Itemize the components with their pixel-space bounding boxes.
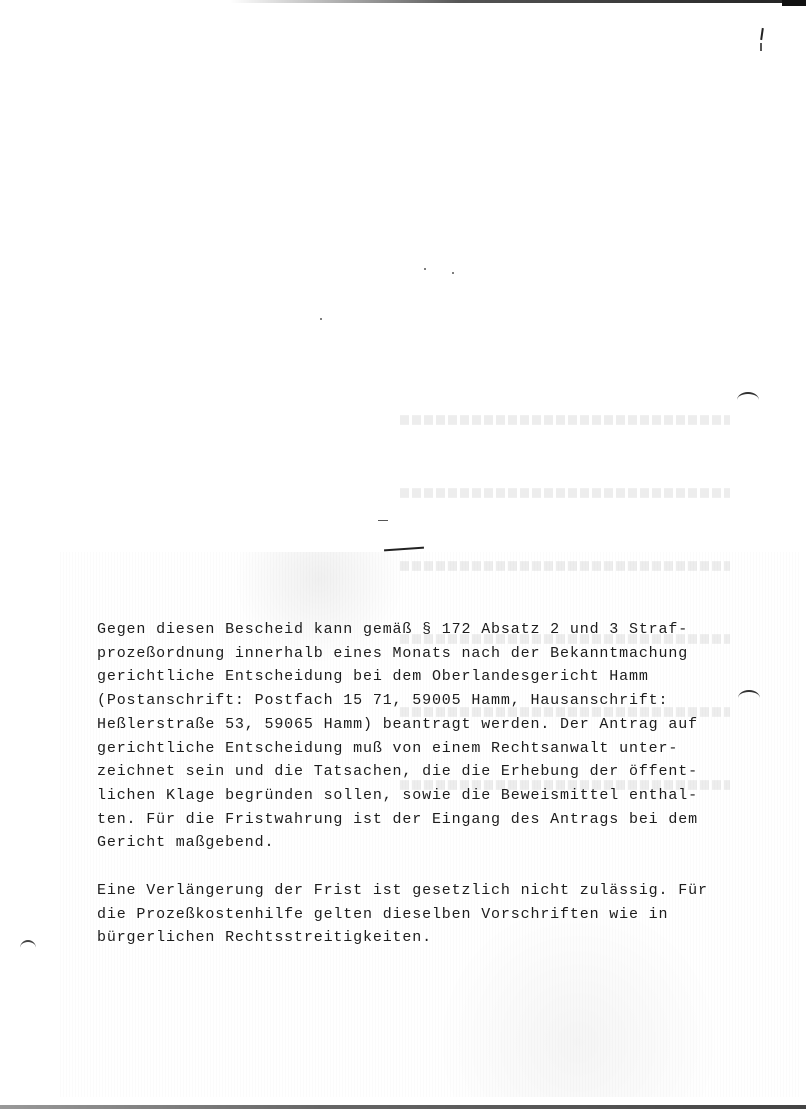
text-line: zeichnet sein und die Tatsachen, die die…: [97, 760, 737, 784]
hole-punch-mark: [737, 392, 759, 408]
scan-speck: [452, 272, 454, 274]
margin-mark: [760, 28, 764, 40]
text-line: Gegen diesen Bescheid kann gemäß § 172 A…: [97, 618, 737, 642]
text-line: gerichtliche Entscheidung bei dem Oberla…: [97, 665, 737, 689]
scan-bottom-edge: [0, 1105, 806, 1109]
text-line: Gericht maßgebend.: [97, 831, 737, 855]
text-line: Heßlerstraße 53, 59065 Hamm) beantragt w…: [97, 713, 737, 737]
scanned-page: Gegen diesen Bescheid kann gemäß § 172 A…: [0, 0, 806, 1109]
scan-speck: [320, 318, 322, 320]
scan-top-edge-corner: [782, 0, 806, 6]
appeal-instructions-paragraph: Gegen diesen Bescheid kann gemäß § 172 A…: [97, 618, 737, 855]
text-line: prozeßordnung innerhalb eines Monats nac…: [97, 642, 737, 666]
deadline-notice-paragraph: Eine Verlängerung der Frist ist gesetzli…: [97, 879, 737, 950]
text-line: Eine Verlängerung der Frist ist gesetzli…: [97, 879, 737, 903]
scan-top-edge: [230, 0, 806, 3]
margin-mark: [760, 43, 762, 51]
scan-speck: [424, 268, 426, 270]
text-line: die Prozeßkostenhilfe gelten dieselben V…: [97, 903, 737, 927]
text-line: gerichtliche Entscheidung muß von einem …: [97, 737, 737, 761]
text-line: ten. Für die Fristwahrung ist der Eingan…: [97, 808, 737, 832]
hole-punch-mark: [20, 940, 36, 956]
legal-notice: Gegen diesen Bescheid kann gemäß § 172 A…: [97, 618, 737, 950]
text-line: bürgerlichen Rechtsstreitigkeiten.: [97, 926, 737, 950]
text-line: lichen Klage begründen sollen, sowie die…: [97, 784, 737, 808]
scan-speck: [378, 520, 388, 521]
text-line: (Postanschrift: Postfach 15 71, 59005 Ha…: [97, 689, 737, 713]
